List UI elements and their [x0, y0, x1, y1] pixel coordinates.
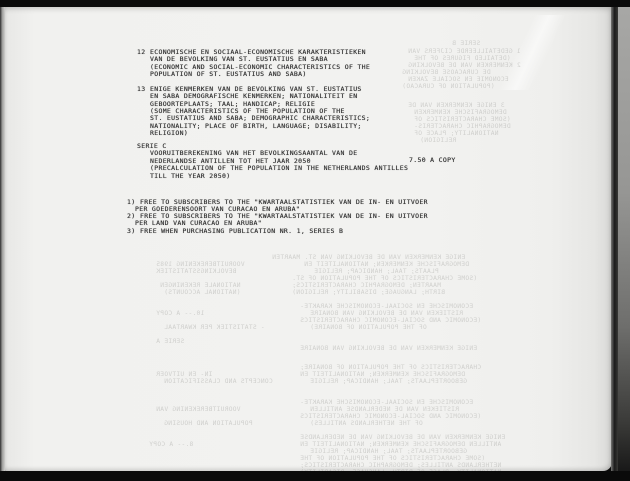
- page-left-edge: [0, 7, 5, 471]
- serie-c-line: TILL THE YEAR 2050): [150, 173, 230, 180]
- scanned-book-page: SERIE B1 GEDETAILLEERDE CIJFERS VAN(DETA…: [0, 0, 630, 481]
- bleed-through-line: DEMOGRAFISCHE KENMERKEN; NATIONALITEIT E…: [304, 261, 469, 268]
- bleed-through-line: 1 GEDETAILLEERDE CIJFERS VAN: [408, 48, 521, 55]
- scanner-background-bottom: [0, 471, 630, 481]
- bleed-through-line: 2 KENMERKEN VAN DE BEVOLKING: [408, 62, 521, 69]
- entry-number: 12: [137, 49, 150, 56]
- price-label: 7.50 A COPY: [409, 157, 456, 164]
- bleed-through-line: ENIGE KENMERKEN VAN DE BEVOLKING VAN BON…: [300, 345, 477, 352]
- bleed-through-line: SERIE A: [156, 338, 184, 345]
- entry-13-line: ST. EUSTATIUS AND SABA; DEMOGRAPHIC CHAR…: [150, 115, 370, 122]
- bleed-through-line: GEBOORTEPLAATS; TAAL; HANDICAP; RELIGIE: [310, 448, 467, 455]
- bleed-through-line: GEBOORTEPLAATS; TAAL; HANDICAP; RELIGIE: [310, 378, 467, 385]
- book-spine-shadow: [611, 0, 618, 481]
- bleed-through-line: RELIGION): [420, 137, 456, 144]
- bleed-through-line: RISTIEKEN VAN DE NEDERLANDSE ANTILLEN: [310, 406, 459, 413]
- bleed-through-line: OF THE NETHERLANDS ANTILLES): [310, 420, 423, 427]
- bleed-through-line: (SOME CHARACTERISTICS OF: [414, 116, 511, 123]
- bleed-through-line: (SOME CHARACTERISTICS OF THE POPULATION …: [300, 455, 485, 462]
- bleed-through-line: ENIGE KENMERKEN VAN DE BEVOLKING VAN DE …: [300, 434, 505, 441]
- bleed-through-line: (DETAILED FIGURES OF THE: [414, 55, 511, 62]
- footnote-2-line: PER LAND VAN CURACAO EN ARUBA": [135, 220, 262, 227]
- bleed-through-line: DE CURACAOSE BEVOLKING: [402, 69, 491, 76]
- book-page-edge: [618, 0, 630, 481]
- bleed-through-line: VOORUITBEREKENING VAN: [156, 406, 241, 413]
- bleed-through-line: (POPULATION OF CURACAO): [402, 83, 495, 90]
- bleed-through-line: - STATISTIEK PER KWARTAAL: [164, 324, 265, 331]
- paper-crease: [459, 15, 609, 90]
- entry-12-line: POPULATION OF ST. EUSTATIUS AND SABA): [150, 71, 307, 78]
- bleed-through-line: (NATIONAL ACCOUNTS): [164, 289, 240, 296]
- entry-13-line: EN SABA DEMOGRAFISCHE KENMERKEN; NATIONA…: [150, 93, 357, 100]
- bleed-through-line: ANTILLEN DEMOGRAFISCHE KENMERKEN; NATION…: [300, 441, 501, 448]
- bleed-through-line: DEMOGRAFISCHE KENMERKEN: [414, 109, 507, 116]
- bleed-through-line: VOORUITBEREKENING 1985: [156, 261, 245, 268]
- bleed-through-line: MAARTEN; DEMOGRAPHIC CHARACTERISTICS;: [292, 282, 441, 289]
- footnote-text: FREE WHEN PURCHASING PUBLICATION NR. 1, …: [140, 227, 343, 235]
- bleed-through-line: 3 ENIGE KENMERKEN VAN DE: [408, 102, 505, 109]
- bleed-through-line: (SOME CHARACTERISTICS OF THE POPULATION …: [292, 275, 477, 282]
- bleed-through-line: NATIONALE REKENINGEN: [160, 282, 241, 289]
- footnote-number: 3): [127, 228, 140, 235]
- serie-c-line: VOORUITBEREKENING VAN HET BEVOLKINGSAANT…: [150, 150, 357, 157]
- bleed-through-line: BEVOLKINGSSTATISTIEK: [156, 268, 237, 275]
- entry-number: 13: [137, 86, 150, 93]
- bleed-through-line: ECONOMISCHE EN SOCIAAL-ECONOMISCHE KARAK…: [300, 303, 473, 310]
- bleed-through-line: ENIGE KENMERKEN VAN DE BEVOLKING VAN ST.…: [272, 254, 465, 261]
- bleed-through-line: 10.-- A COPY: [156, 310, 204, 317]
- bleed-through-line: NATIONALITY; PLACE OF: [414, 130, 499, 137]
- bleed-through-line: CHARACTERISTICS OF THE POPULATION OF BON…: [300, 364, 481, 371]
- bleed-through-line: PLAATS; TAAL; HANDICAP; RELIGIE: [314, 268, 439, 275]
- footnote-3-line: 3)FREE WHEN PURCHASING PUBLICATION NR. 1…: [127, 228, 343, 235]
- bleed-through-line: NETHERLANDS ANTILLES; DEMOGRAPHIC CHARAC…: [300, 462, 501, 469]
- bleed-through-line: RISTIEKEN VAN DE BEVOLKING VAN BONAIRE: [310, 310, 463, 317]
- bleed-through-line: 8.-- A COPY: [149, 441, 193, 448]
- bleed-through-line: (ECONOMIC AND SOCIAL-ECONOMIC CHARACTERI…: [300, 413, 481, 420]
- bleed-through-line: IN- EN UITVOER: [156, 371, 212, 378]
- bleed-through-line: OF THE POPULATION OF BONAIRE): [310, 324, 427, 331]
- bleed-through-line: ECONOMISCHE EN SOCIAAL-ECONOMISCHE KARAK…: [300, 399, 473, 406]
- scanner-background-top: [0, 0, 630, 7]
- bleed-through-line: DEMOGRAFISCHE KENMERKEN; NATIONALITEIT E…: [300, 371, 465, 378]
- paper-page: SERIE B1 GEDETAILLEERDE CIJFERS VAN(DETA…: [4, 7, 612, 471]
- bleed-through-line: POPULATION AND HOUSING: [164, 420, 253, 427]
- bleed-through-line: DEMOGRAPHIC CHARACTERIS-: [414, 123, 511, 130]
- bleed-through-line: SERIE B: [452, 40, 480, 47]
- serie-c-line: (PRECALCULATION OF THE POPULATION IN THE…: [150, 165, 408, 172]
- entry-13-line: RELIGION): [150, 130, 188, 137]
- bleed-through-line: ECONOMIE EN SOCIALE ZAKEN: [408, 76, 509, 83]
- bleed-through-layer: SERIE B1 GEDETAILLEERDE CIJFERS VAN(DETA…: [4, 7, 630, 481]
- bleed-through-line: CONCEPTS AND CLASSIFICATION: [164, 378, 273, 385]
- entry-12-line: VAN DE BEVOLKING VAN ST. EUSTATIUS EN SA…: [150, 56, 328, 63]
- bleed-through-line: (ECONOMIC AND SOCIAL-ECONOMIC CHARACTERI…: [300, 317, 481, 324]
- bleed-through-line: BIRTH; LANGUAGE; DISABILITY; RELIGION): [292, 289, 445, 296]
